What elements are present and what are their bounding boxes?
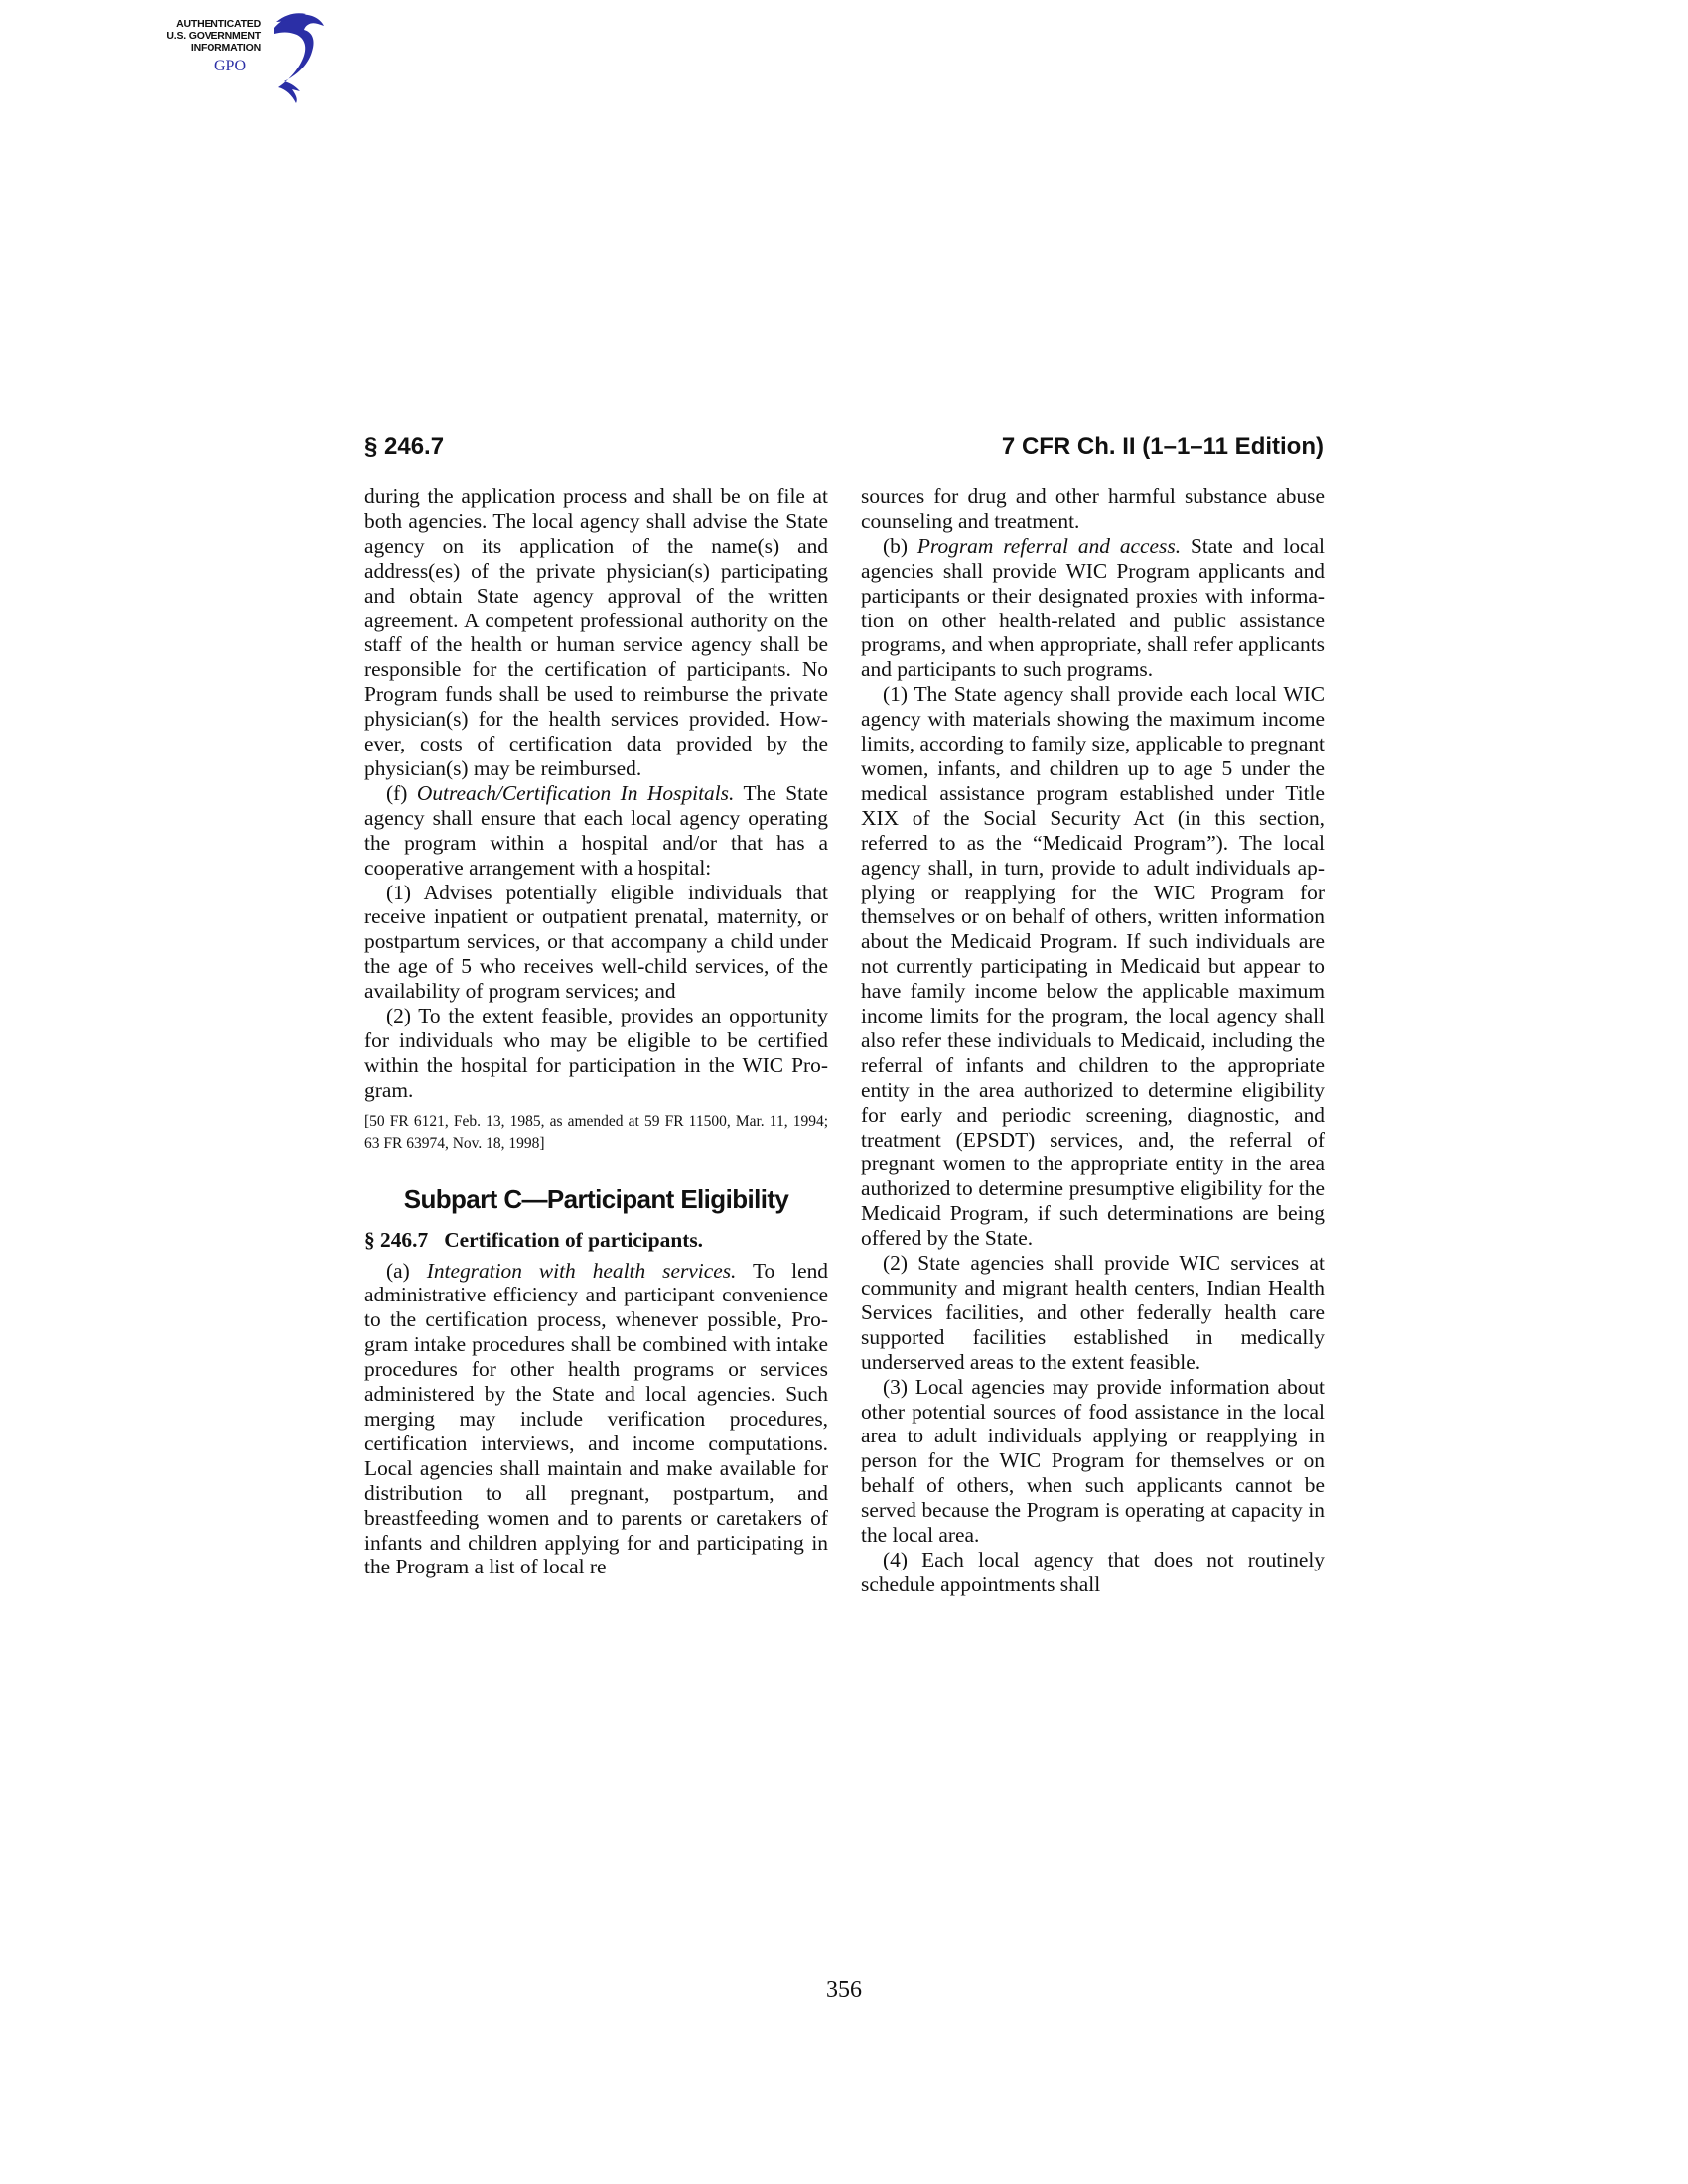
paragraph-title: Outreach/Certification In Hospitals. xyxy=(417,781,734,805)
paragraph-a: (a) Integration with health services. To… xyxy=(364,1259,828,1580)
page-number: 356 xyxy=(0,1978,1688,2004)
source-citation: [50 FR 6121, Feb. 13, 1985, as amended a… xyxy=(364,1111,828,1155)
paragraph-f: (f) Outreach/Certification In Hospitals.… xyxy=(364,781,828,881)
logo-line-1: AUTHENTICATED xyxy=(127,18,261,30)
paragraph-text: To lend administrative efficiency and pa… xyxy=(364,1259,828,1579)
paragraph-b-3: (3) Local agencies may provide infor­mat… xyxy=(861,1375,1325,1548)
logo-line-3: INFORMATION xyxy=(127,42,261,54)
paragraph: sources for drug and other harmful sub­s… xyxy=(861,484,1325,534)
paragraph-label: (f) xyxy=(386,781,417,805)
right-column: sources for drug and other harmful sub­s… xyxy=(861,484,1325,1597)
subpart-heading: Subpart C—Participant Eligibility xyxy=(364,1184,828,1214)
paragraph-b: (b) Program referral and access. State a… xyxy=(861,534,1325,682)
paragraph-title: Program referral and access. xyxy=(917,534,1181,558)
logo-line-2: U.S. GOVERNMENT xyxy=(127,30,261,42)
paragraph-label: (a) xyxy=(386,1259,427,1283)
paragraph-b-2: (2) State agencies shall provide WIC ser… xyxy=(861,1251,1325,1375)
paragraph-f-1: (1) Advises potentially eligible indi­vi… xyxy=(364,881,828,1005)
paragraph-label: (b) xyxy=(883,534,917,558)
paragraph-title: Integration with health services. xyxy=(427,1259,737,1283)
running-head-edition: 7 CFR Ch. II (1–1–11 Edition) xyxy=(1002,433,1324,461)
gpo-authenticated-logo: AUTHENTICATED U.S. GOVERNMENT INFORMATIO… xyxy=(127,10,316,101)
paragraph: during the application process and shall… xyxy=(364,484,828,781)
running-head-section: § 246.7 xyxy=(364,433,444,461)
paragraph-b-4: (4) Each local agency that does not rout… xyxy=(861,1548,1325,1597)
paragraph-f-2: (2) To the extent feasible, provides an … xyxy=(364,1004,828,1103)
section-heading: § 246.7 Certification of participants. xyxy=(364,1228,828,1253)
paragraph-b-1: (1) The State agency shall provide each … xyxy=(861,682,1325,1251)
left-column: during the application process and shall… xyxy=(364,484,828,1579)
eagle-icon xyxy=(266,10,326,104)
logo-text: AUTHENTICATED U.S. GOVERNMENT INFORMATIO… xyxy=(127,18,261,54)
logo-gpo: GPO xyxy=(214,58,246,75)
